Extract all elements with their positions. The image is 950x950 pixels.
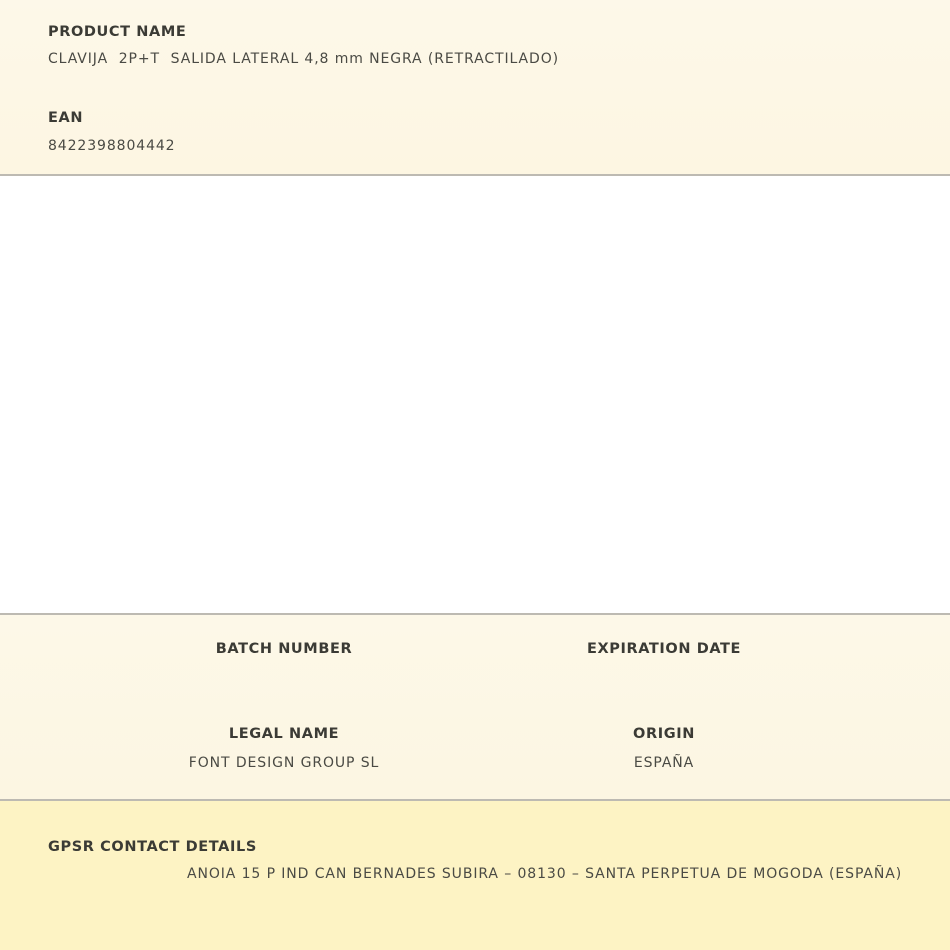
origin-value: ESPAÑA [634, 755, 694, 771]
legal-name-label: LEGAL NAME [229, 726, 339, 742]
ean-label: EAN [48, 110, 83, 126]
product-info-section: PRODUCT NAME CLAVIJA 2P+T SALIDA LATERAL… [0, 0, 950, 176]
expiration-date-label: EXPIRATION DATE [587, 641, 741, 657]
product-details-section: BATCH NUMBER EXPIRATION DATE LEGAL NAME … [0, 613, 950, 801]
product-name-value: CLAVIJA 2P+T SALIDA LATERAL 4,8 mm NEGRA… [48, 51, 559, 67]
gpsr-contact-section: GPSR CONTACT DETAILS ANOIA 15 P IND CAN … [0, 801, 950, 950]
product-image-area [0, 178, 950, 613]
ean-value: 8422398804442 [48, 138, 176, 154]
batch-number-label: BATCH NUMBER [216, 641, 353, 657]
origin-label: ORIGIN [633, 726, 695, 742]
gpsr-contact-address: ANOIA 15 P IND CAN BERNADES SUBIRA – 081… [187, 866, 902, 882]
product-name-label: PRODUCT NAME [48, 24, 186, 40]
legal-name-value: FONT DESIGN GROUP SL [189, 755, 379, 771]
gpsr-contact-label: GPSR CONTACT DETAILS [48, 839, 257, 855]
